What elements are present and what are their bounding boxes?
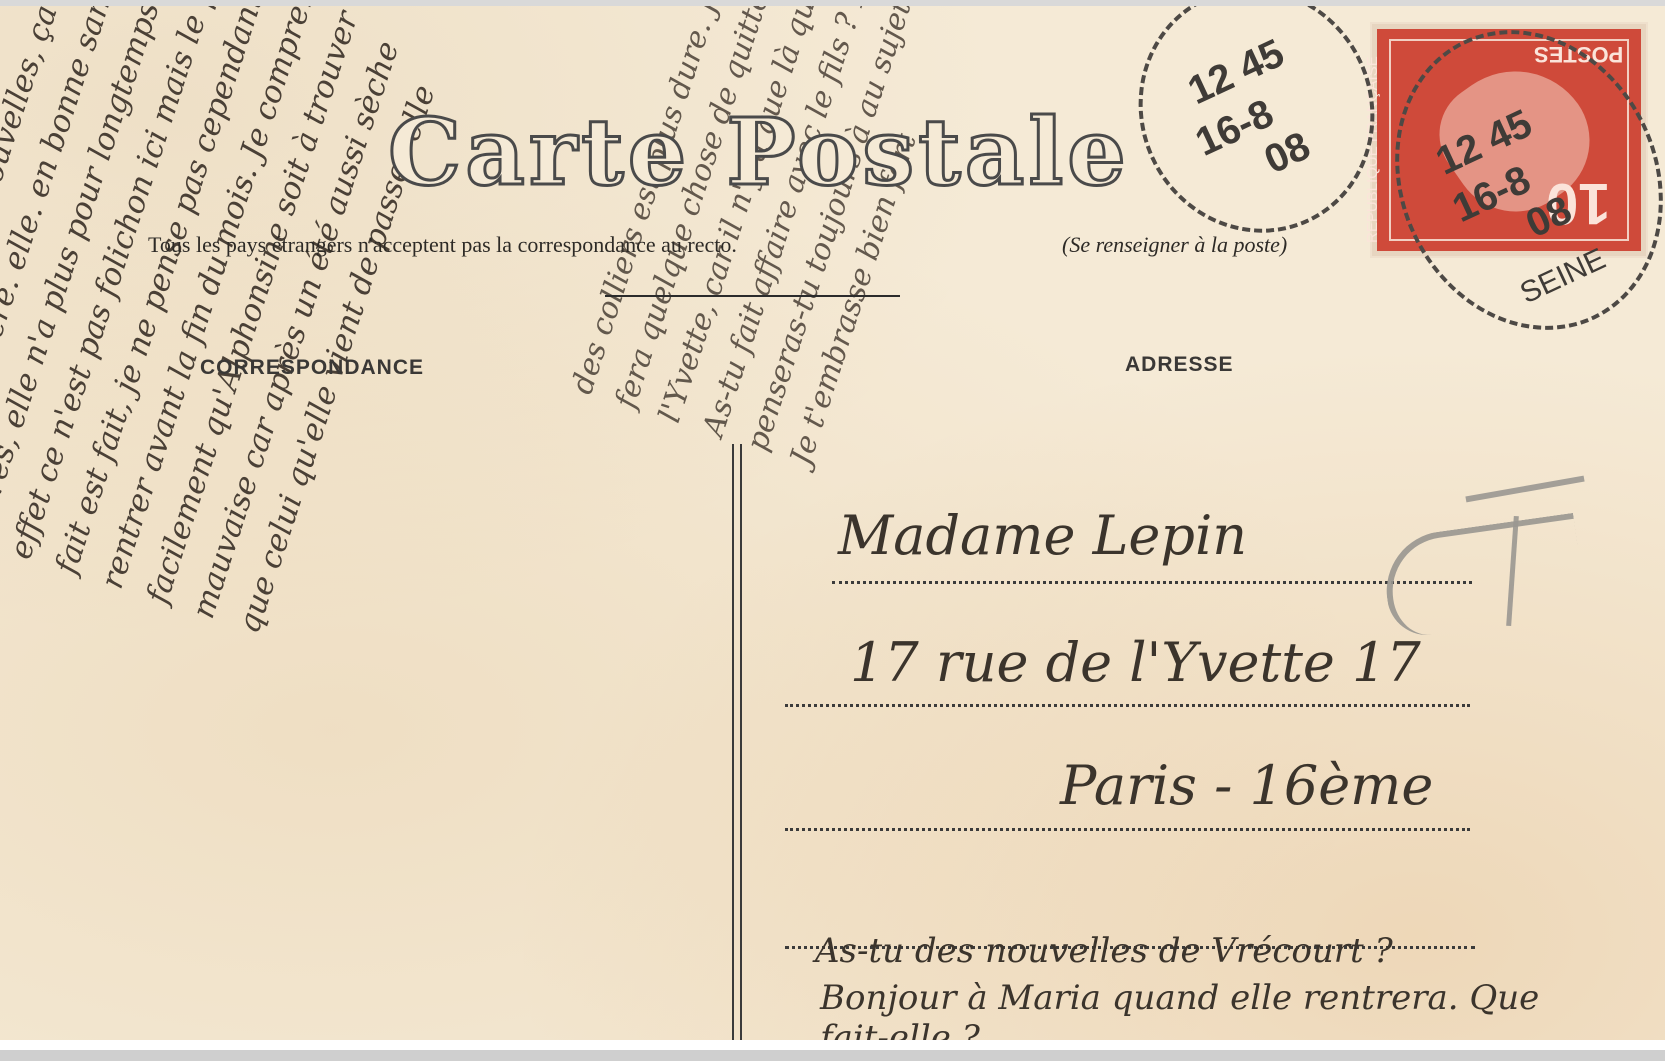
address-recipient: Madame Lepin (838, 504, 1247, 567)
postcard: Merci de tes bonnes nouvelles, ça m'a fa… (0, 6, 1665, 1040)
notice-hint: (Se renseigner à la poste) (1062, 232, 1287, 258)
address-dotted-line (785, 828, 1470, 831)
notice-text: Tous les pays étrangers n'acceptent pas … (148, 232, 737, 258)
divider-line (732, 444, 734, 1040)
postcard-title: Carte Postale (388, 98, 1130, 206)
pencil-mark (1465, 476, 1584, 503)
postscript-line: Bonjour à Maria quand elle rentrera. Que (820, 978, 1539, 1018)
postscript-line: As-tu des nouvelles de Vrécourt ? (815, 931, 1393, 971)
address-city: Paris - 16ème (1060, 754, 1433, 817)
divider-line (740, 444, 742, 1040)
header-rule (605, 295, 900, 297)
address-dotted-line (832, 581, 1472, 584)
correspondence-label: CORRESPONDANCE (200, 356, 424, 380)
postscript-line: fait-elle ? (820, 1018, 980, 1040)
address-label: ADRESSE (1125, 353, 1234, 377)
scan-border (0, 1050, 1665, 1061)
address-street: 17 rue de l'Yvette 17 (850, 631, 1421, 694)
postmark-region: SEINE (1515, 242, 1611, 311)
pencil-mark (1379, 513, 1587, 640)
address-dotted-line (785, 704, 1470, 707)
